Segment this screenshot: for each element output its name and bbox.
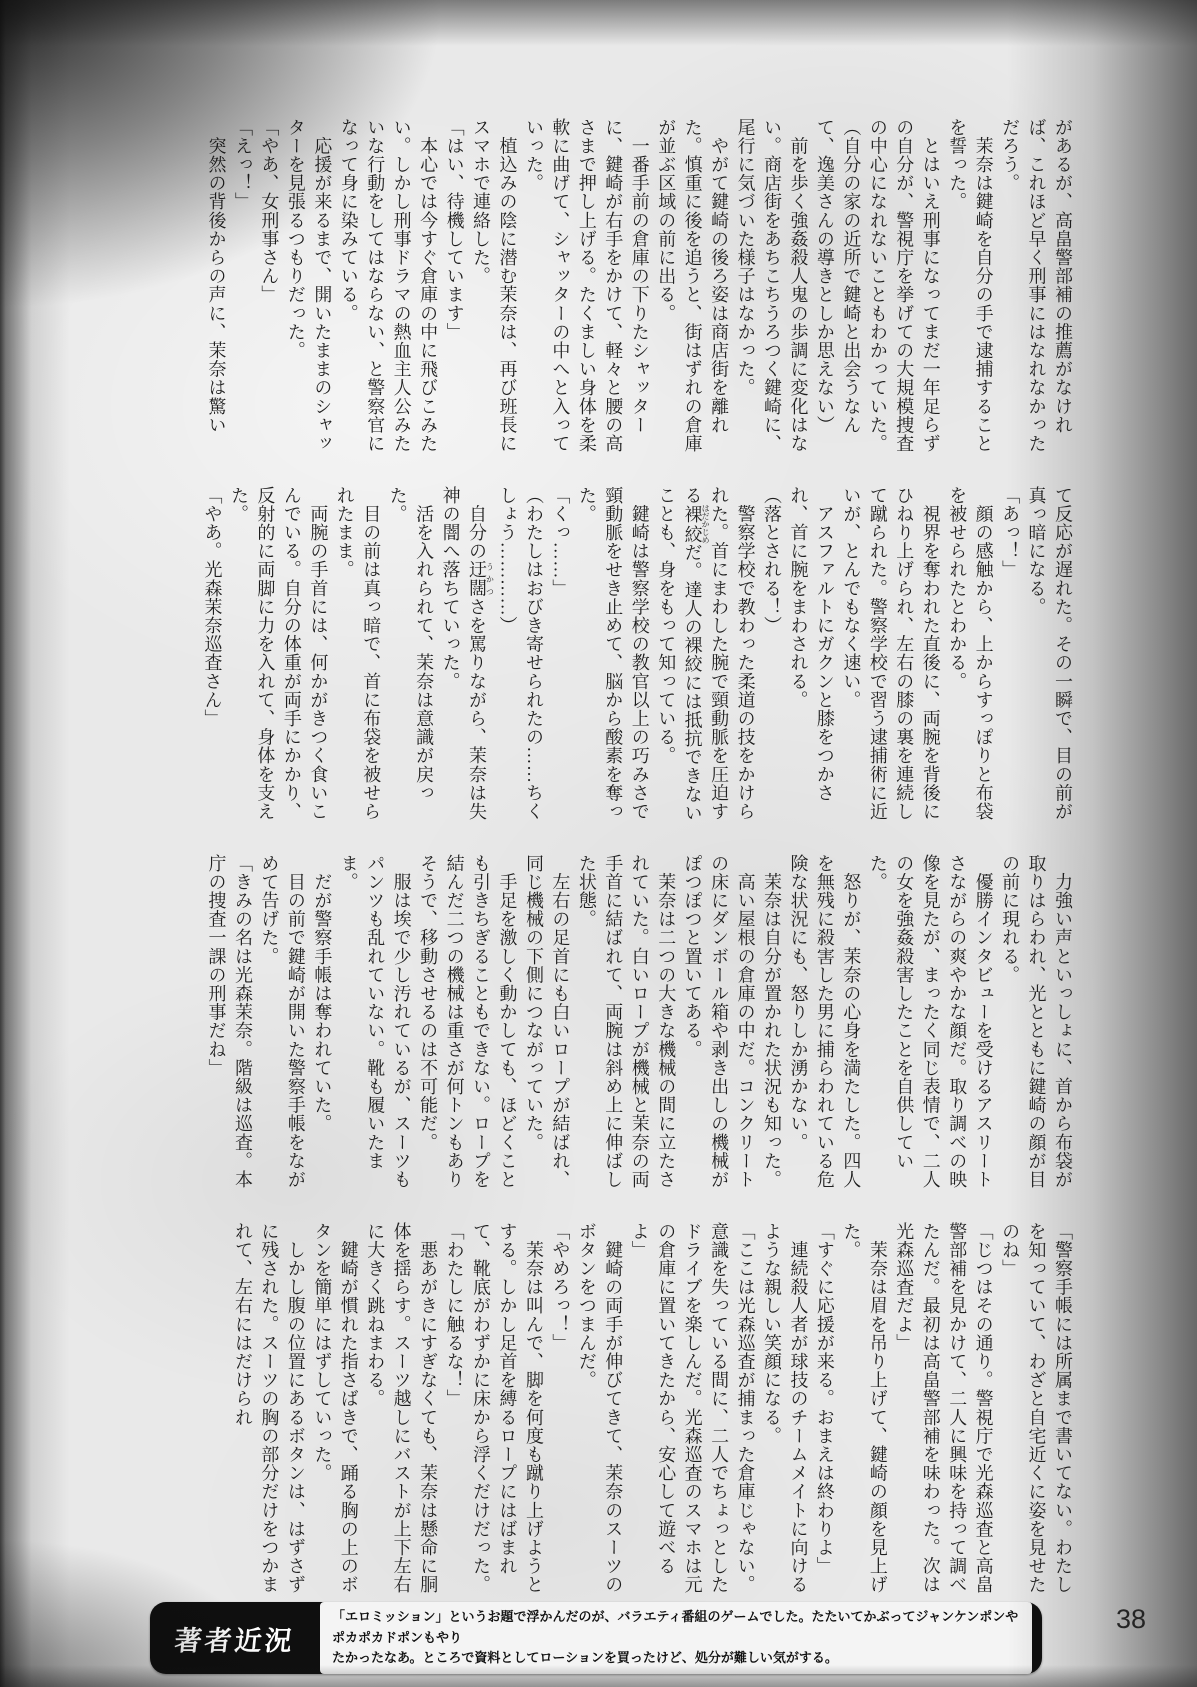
paragraph: 「きみの名は光森茉奈。階級は巡査。本庁の捜査一課の刑事だね」	[203, 854, 256, 1206]
paragraph: 両腕の手首には、何かがきつく食いこんでいる。自分の体重が両手にかかり、反射的に両…	[226, 486, 332, 838]
paragraph: 活を入れられて、茉奈は意識が戻った。	[384, 486, 437, 838]
paragraph: 突然の背後からの声に、茉奈は驚い	[203, 118, 229, 470]
paragraph: 茉奈は鍵崎を自分の手で逮捕することを誓った。	[944, 118, 997, 470]
paragraph: 茉奈は二つの大きな機械の間に立たされていた。白いロープが機械と茉奈の両手首に結ば…	[573, 854, 679, 1206]
paragraph: 連続殺人者が球技のチームメイトに向けるような親しい笑顔になる。	[759, 1222, 812, 1595]
paragraph: 服は埃で少し汚れているが、スーツもパンツも乱れていない。靴も履いたまま。	[335, 854, 414, 1206]
text-band-1: があるが、高畠警部補の推薦がなければ、これほど早く刑事にはなれなかっただろう。 …	[128, 118, 1076, 470]
paragraph: 「くっ……」	[547, 486, 573, 838]
paragraph: （わたしはおびき寄せられたの……ちくしょう…………）	[494, 486, 547, 838]
paragraph: 「やあ、女刑事さん」	[256, 118, 282, 470]
paragraph: 目の前で鍵崎が開いた警察手帳をながめて告げた。	[256, 854, 309, 1206]
scanned-novel-page: があるが、高畠警部補の推薦がなければ、これほど早く刑事にはなれなかっただろう。 …	[0, 0, 1197, 1687]
author-note-text: 「エロミッション」というお題で浮かんだのが、バラエティ番組のゲームでした。たたい…	[320, 1602, 1032, 1674]
paragraph: 怒りが、茉奈の心身を満たした。四人を無残に殺害した男に捕らわれている危険な状況に…	[785, 854, 864, 1206]
paragraph: て反応が遅れた。その一瞬で、目の前が真っ暗になる。	[1023, 486, 1076, 838]
page-number: 38	[1116, 1604, 1146, 1635]
paragraph: 「あっ！」	[997, 486, 1023, 838]
paragraph: 警察学校で教わった柔道の技をかけられた。首にまわした腕で頸動脈を圧迫する裸絞はだ…	[653, 486, 759, 838]
text-band-3: 力強い声といっしょに、首から布袋が取りはらわれ、光とともに鍵崎の顔が目の前に現れ…	[128, 854, 1076, 1206]
paragraph: 目の前は真っ暗で、首に布袋を被せられたまま。	[331, 486, 384, 838]
author-note-line-2: たかったなあ。ところで資料としてローションを買ったけど、処分が難しい気がする。	[332, 1648, 1020, 1669]
paragraph: 鍵崎が慣れた指さばきで、踊る胸の上のボタンを簡単にはずしていった。	[309, 1222, 362, 1595]
author-note-line-1: 「エロミッション」というお題で浮かんだのが、バラエティ番組のゲームでした。たたい…	[332, 1607, 1020, 1649]
paragraph: 「わたしに触るな！」	[441, 1222, 467, 1595]
paragraph: 「えっ！」	[230, 118, 256, 470]
paragraph: 悪あがきにすぎなくても、茉奈は懸命に胴体を揺らす。スーツ越しにバストが上下左右に…	[362, 1222, 441, 1595]
paragraph: 前を歩く強姦殺人鬼の歩調に変化はない。商店街をあちこちうろつく鍵崎に、尾行に気づ…	[732, 118, 811, 470]
paragraph: とはいえ刑事になってまだ一年足らずの自分が、警視庁を挙げての大規模捜査の中心にな…	[864, 118, 943, 470]
paragraph: 優勝インタビューを受けるアスリートさながらの爽やかな顔だ。取り調べの映像を見たが…	[864, 854, 996, 1206]
author-note-label: 著者近況	[148, 1619, 322, 1658]
paragraph: 顔の感触から、上からすっぽりと布袋を被せられたとわかる。	[944, 486, 997, 838]
paragraph: アスファルトにガクンと膝をつかされ、首に腕をまわされる。	[785, 486, 838, 838]
paragraph: 植込みの陰に潜む茉奈は、再び班長にスマホで連絡した。	[468, 118, 521, 470]
scan-shadow-left	[0, 0, 70, 1687]
paragraph: 自分の迂闊うかつさを罵りながら、茉奈は失神の闇へ落ちていった。	[437, 486, 494, 838]
paragraph: 茉奈は叫んで、脚を何度も蹴り上げようとする。しかし足首を縛るロープにはばまれて、…	[468, 1222, 547, 1595]
paragraph: 高い屋根の倉庫の中だ。コンクリートの床にダンボール箱や剥き出しの機械がぽつぽつと…	[679, 854, 758, 1206]
paragraph: 視界を奪われた直後に、両腕を背後にひねり上げられ、左右の膝の裏を連続して蹴られた…	[838, 486, 944, 838]
paragraph: 本心では今すぐ倉庫の中に飛びこみたい。しかし刑事ドラマの熱血主人公みたいな行動を…	[335, 118, 441, 470]
paragraph: （自分の家の近所で鍵崎と出会うなんて、逸美さんの導きとしか思えない）	[811, 118, 864, 470]
paragraph: やがて鍵崎の後ろ姿は商店街を離れた。慎重に後を追うと、街はずれの倉庫が並ぶ区域の…	[653, 118, 732, 470]
scan-shadow-top	[0, 0, 1197, 46]
paragraph: 「警察手帳には所属まで書いてない。わたしを知っていて、わざと自宅近くに姿を見せた…	[997, 1222, 1076, 1595]
paragraph: 力強い声といっしょに、首から布袋が取りはらわれ、光とともに鍵崎の顔が目の前に現れ…	[997, 854, 1076, 1206]
author-note-bar: 著者近況 「エロミッション」というお題で浮かんだのが、バラエティ番組のゲームでし…	[150, 1602, 1042, 1674]
paragraph: だが警察手帳は奪われていた。	[309, 854, 335, 1206]
paragraph: 鍵崎は警察学校の教官以上の巧みさで頸動脈をせき止めて、脳から酸素を奪った。	[573, 486, 652, 838]
paragraph: しかし腹の位置にあるボタンは、はずさずに残された。スーツの胸の部分だけをつかまれ…	[230, 1222, 309, 1595]
paragraph: 茉奈は眉を吊り上げて、鍵崎の顔を見上げた。	[838, 1222, 891, 1595]
paragraph: 左右の足首にも白いロープが結ばれ、同じ機械の下側につながっていた。	[520, 854, 573, 1206]
paragraph: 鍵崎の両手が伸びてきて、茉奈のスーツのボタンをつまんだ。	[573, 1222, 626, 1595]
paragraph: 「ここは光森巡査が捕まった倉庫じゃない。意識を失っている間に、二人でちょっとした…	[626, 1222, 758, 1595]
paragraph: があるが、高畠警部補の推薦がなければ、これほど早く刑事にはなれなかっただろう。	[997, 118, 1076, 470]
paragraph: 「はい、待機しています」	[441, 118, 467, 470]
paragraph: 「すぐに応援が来る。おまえは終わりよ」	[811, 1222, 837, 1595]
text-band-4: 「警察手帳には所属まで書いてない。わたしを知っていて、わざと自宅近くに姿を見せた…	[128, 1222, 1076, 1595]
paragraph: 一番手前の倉庫の下りたシャッターに、鍵崎が右手をかけて、軽々と腰の高さまで押し上…	[520, 118, 652, 470]
paragraph: 「やめろっ！」	[547, 1222, 573, 1595]
paragraph: （落とされる！）	[759, 486, 785, 838]
paragraph: 「じつはその通り。警視庁で光森巡査と高畠警部補を見かけて、二人に興味を持って調べ…	[891, 1222, 997, 1595]
text-band-2: て反応が遅れた。その一瞬で、目の前が真っ暗になる。「あっ！」 顔の感触から、上か…	[128, 486, 1076, 838]
paragraph: 手足を激しく動かしても、ほどくことも引きちぎることもできない。ロープを結んだ二つ…	[415, 854, 521, 1206]
paragraph: 応援が来るまで、開いたままのシャッターを見張るつもりだった。	[282, 118, 335, 470]
paragraph: 茉奈は自分が置かれた状況も知った。	[759, 854, 785, 1206]
paragraph: 「やあ。光森茉奈巡査さん」	[199, 486, 225, 838]
